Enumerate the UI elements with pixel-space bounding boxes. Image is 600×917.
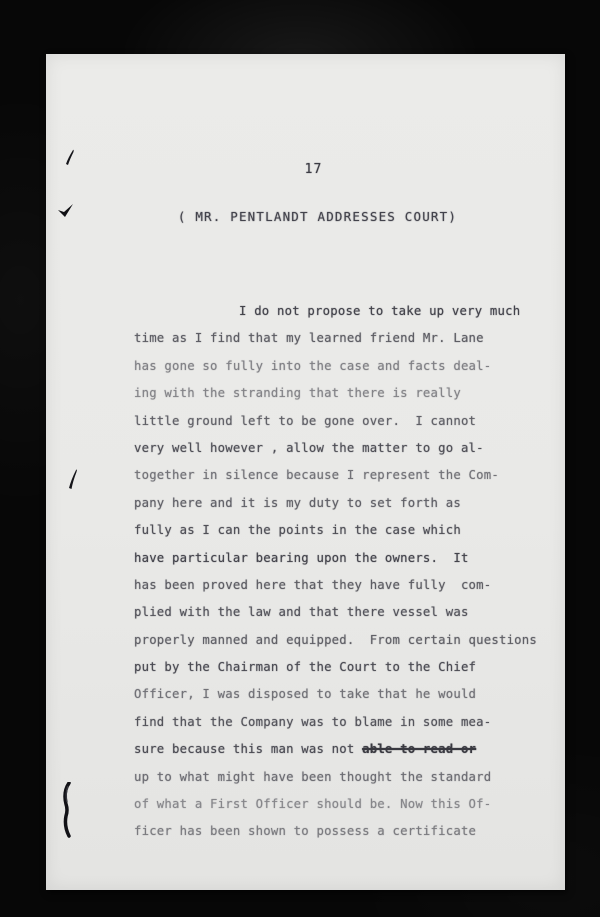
struck-text: able to read or — [362, 742, 476, 756]
ink-slash-mark — [67, 468, 79, 490]
body-line: ing with the stranding that there is rea… — [134, 380, 549, 407]
body-line: up to what might have been thought the s… — [134, 764, 549, 791]
document-page: 17 ( MR. PENTLANDT ADDRESSES COURT) I do… — [46, 54, 565, 890]
body-line: little ground left to be gone over. I ca… — [134, 408, 549, 435]
body-line: put by the Chairman of the Court to the … — [134, 654, 549, 681]
section-heading: ( MR. PENTLANDT ADDRESSES COURT) — [58, 209, 577, 224]
body-line: has gone so fully into the case and fact… — [134, 353, 549, 380]
body-line: find that the Company was to blame in so… — [134, 709, 549, 736]
body-line: of what a First Officer should be. Now t… — [134, 791, 549, 818]
body-line: very well however , allow the matter to … — [134, 435, 549, 462]
check-mark — [57, 203, 75, 219]
page-number: 17 — [54, 162, 573, 177]
body-line: I do not propose to take up very much — [134, 298, 549, 325]
body-line: Officer, I was disposed to take that he … — [134, 681, 549, 708]
body-line: properly manned and equipped. From certa… — [134, 627, 549, 654]
body-line: have particular bearing upon the owners.… — [134, 545, 549, 572]
body-line: together in silence because I represent … — [134, 462, 549, 489]
body-line: pany here and it is my duty to set forth… — [134, 490, 549, 517]
body-text: I do not propose to take up very muchtim… — [134, 298, 549, 846]
body-line: fully as I can the points in the case wh… — [134, 517, 549, 544]
torn-punch-mark — [60, 782, 78, 838]
body-line: plied with the law and that there vessel… — [134, 599, 549, 626]
body-line: sure because this man was not able to re… — [134, 736, 549, 763]
body-line: has been proved here that they have full… — [134, 572, 549, 599]
ink-slash-mark — [64, 148, 76, 166]
body-line: ficer has been shown to possess a certif… — [134, 818, 549, 845]
body-line: time as I find that my learned friend Mr… — [134, 325, 549, 352]
